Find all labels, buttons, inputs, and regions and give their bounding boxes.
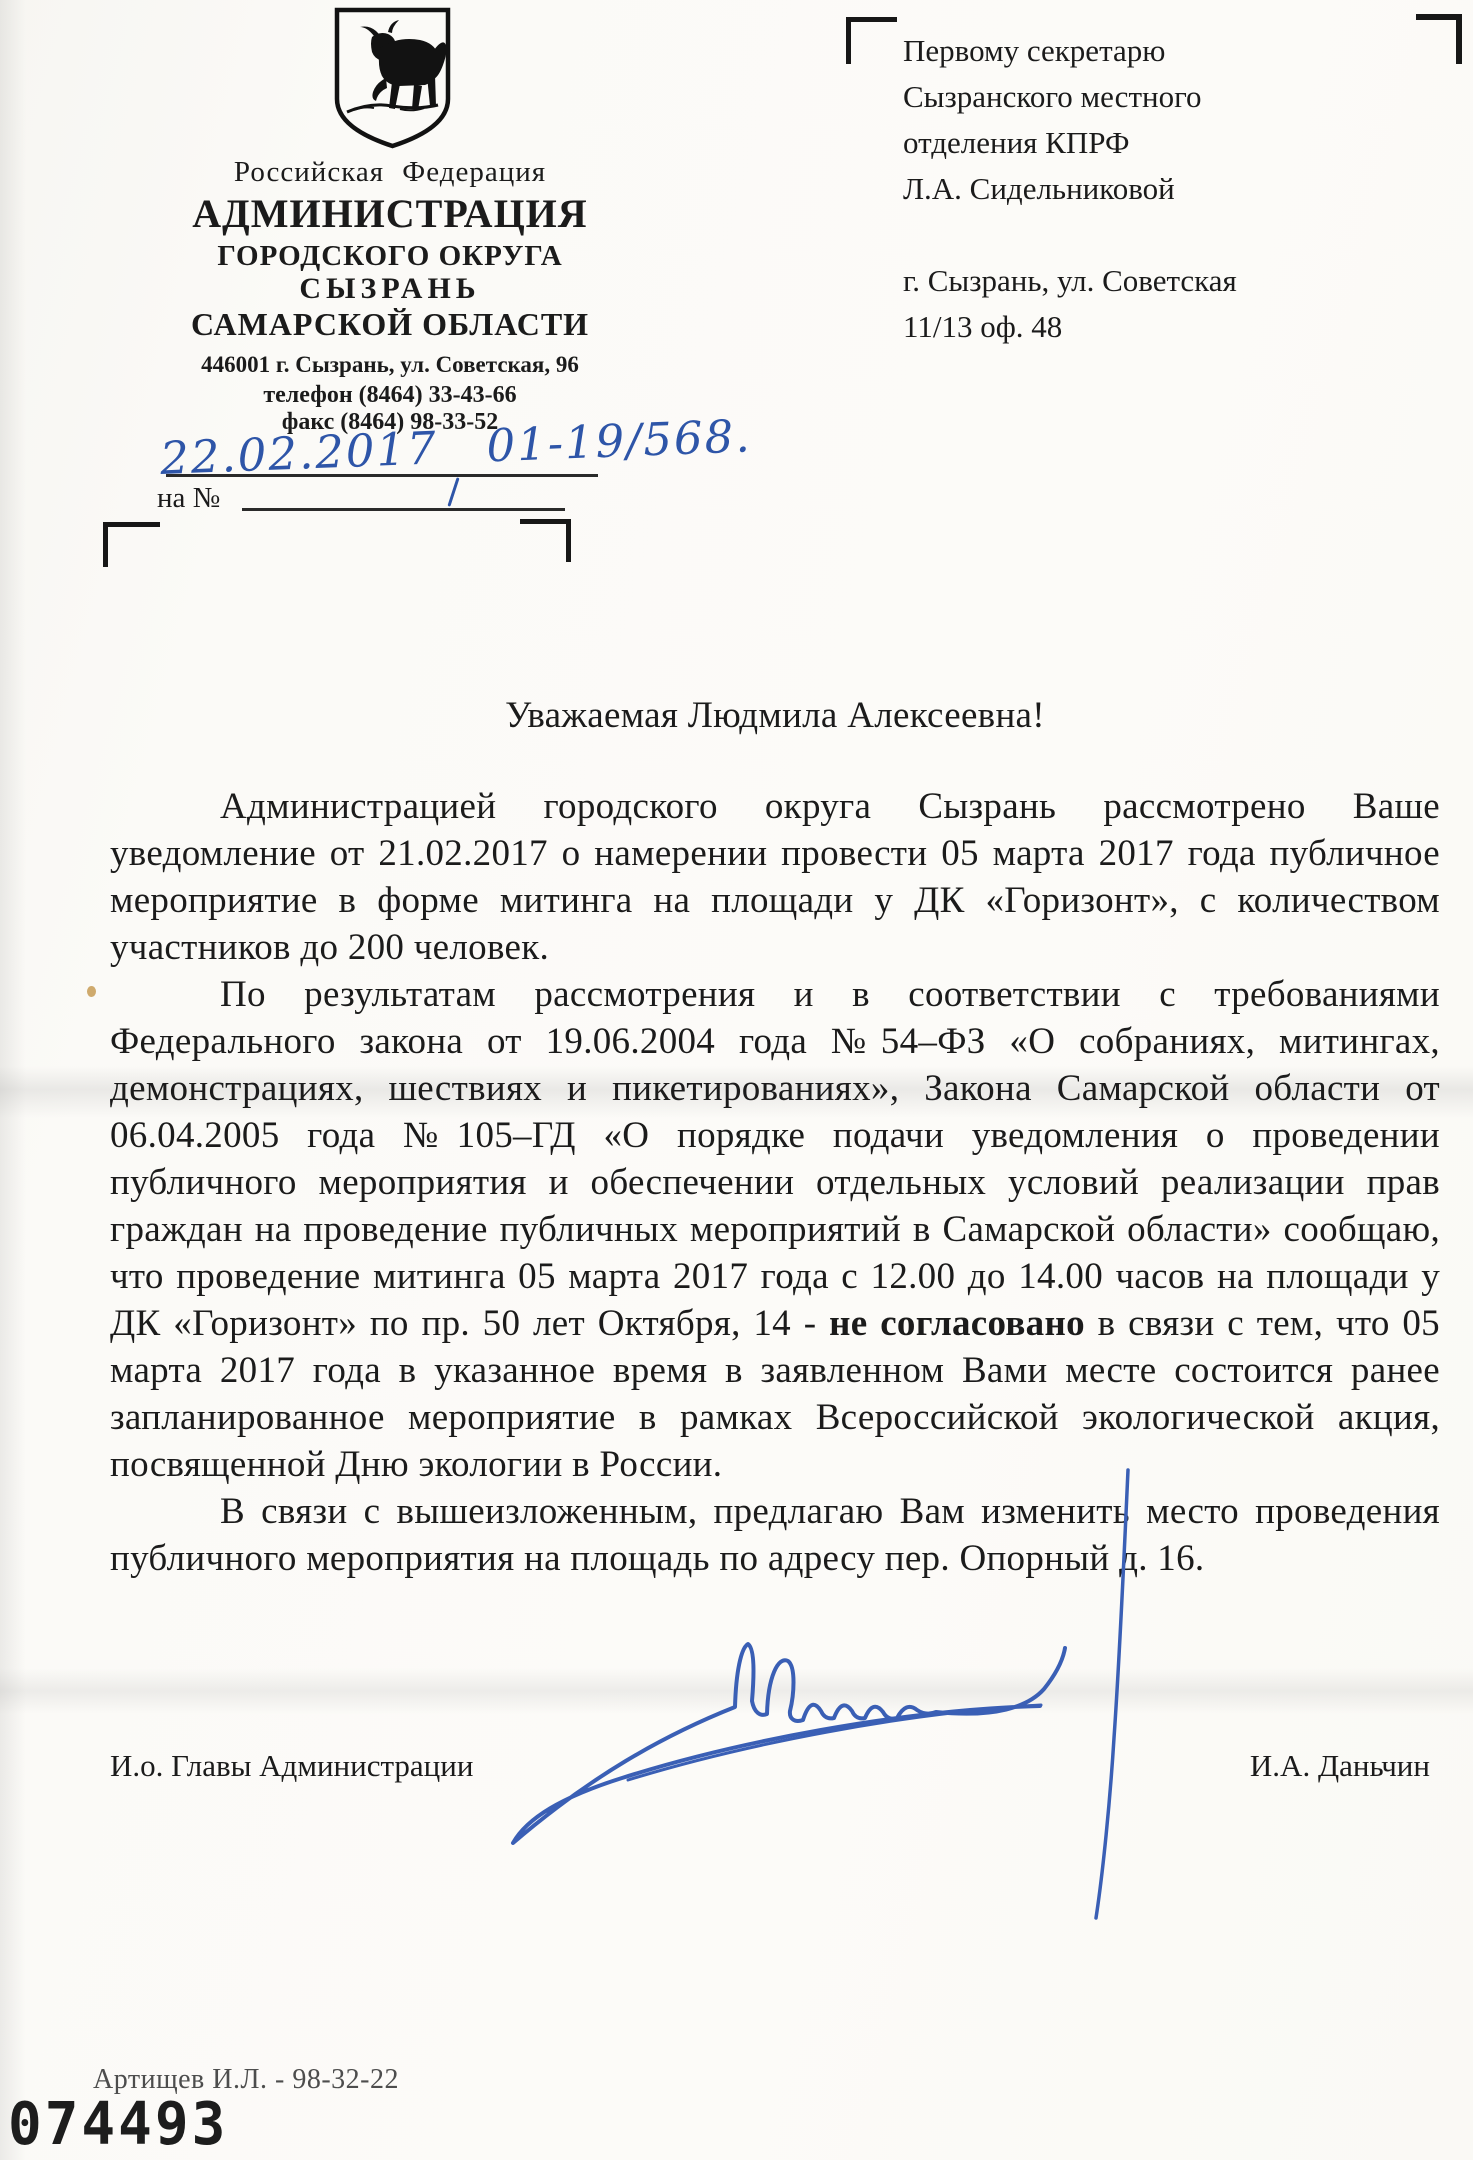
letterhead-phone: телефон (8464) 33-43-66 — [80, 382, 700, 409]
letterhead-org-name: АДМИНИСТРАЦИЯ — [80, 190, 700, 237]
letterhead-address: 446001 г. Сызрань, ул. Советская, 96 — [80, 352, 700, 378]
signer-name: И.А. Даньчин — [1250, 1748, 1430, 1784]
salutation: Уважаемая Людмила Алексеевна! — [110, 692, 1440, 739]
date-ref-line — [166, 474, 598, 477]
recipient-line: Сызранского местного — [903, 74, 1237, 120]
scanned-letter-page: Российская Федерация АДМИНИСТРАЦИЯ ГОРОД… — [0, 0, 1473, 2160]
scan-edge-shadow — [0, 0, 26, 2160]
scan-speck — [87, 986, 96, 997]
recipient-line: Первому секретарю — [903, 28, 1237, 74]
paragraph-2-text: По результатам рассмотрения и в соответс… — [110, 974, 1440, 1344]
incoming-ref-label: на № — [157, 482, 220, 515]
paragraph-1: Администрацией городского округа Сызрань… — [110, 783, 1440, 971]
paragraph-2: По результатам рассмотрения и в соответс… — [110, 971, 1440, 1488]
handwritten-slash-stroke — [447, 477, 459, 506]
not-approved-bold-text: не согласовано — [829, 1303, 1085, 1344]
incoming-ref-blank-line — [242, 508, 565, 511]
recipient-address-line: 11/13 оф. 48 — [903, 304, 1237, 350]
letterhead-country: Российская Федерация — [80, 156, 700, 189]
corner-bracket-icon — [103, 522, 160, 567]
corner-bracket-icon — [846, 17, 897, 64]
coat-of-arms-bull-icon — [330, 6, 455, 151]
letterhead-org-region: САМАРСКОЙ ОБЛАСТИ — [80, 306, 700, 343]
letterhead-org-city: СЫЗРАНЬ — [80, 272, 700, 306]
recipient-line: отделения КПРФ — [903, 120, 1237, 166]
coat-of-arms — [330, 6, 455, 151]
signer-position: И.о. Главы Администрации — [110, 1748, 473, 1784]
letter-body: Уважаемая Людмила Алексеевна! Администра… — [110, 692, 1440, 1582]
recipient-address-line: г. Сызрань, ул. Советская — [903, 258, 1237, 304]
recipient-block: Первому секретарю Сызранского местного о… — [903, 28, 1237, 350]
letterhead-org-district: ГОРОДСКОГО ОКРУГА — [80, 240, 700, 273]
corner-bracket-icon — [1416, 14, 1462, 64]
corner-bracket-icon — [520, 519, 571, 562]
recipient-line: Л.А. Сидельниковой — [903, 166, 1237, 212]
registration-stamp-number: 074493 — [8, 2090, 228, 2158]
paper-fold-shadow — [0, 1668, 1473, 1714]
paragraph-3: В связи с вышеизложенным, предлагаю Вам … — [110, 1488, 1440, 1582]
